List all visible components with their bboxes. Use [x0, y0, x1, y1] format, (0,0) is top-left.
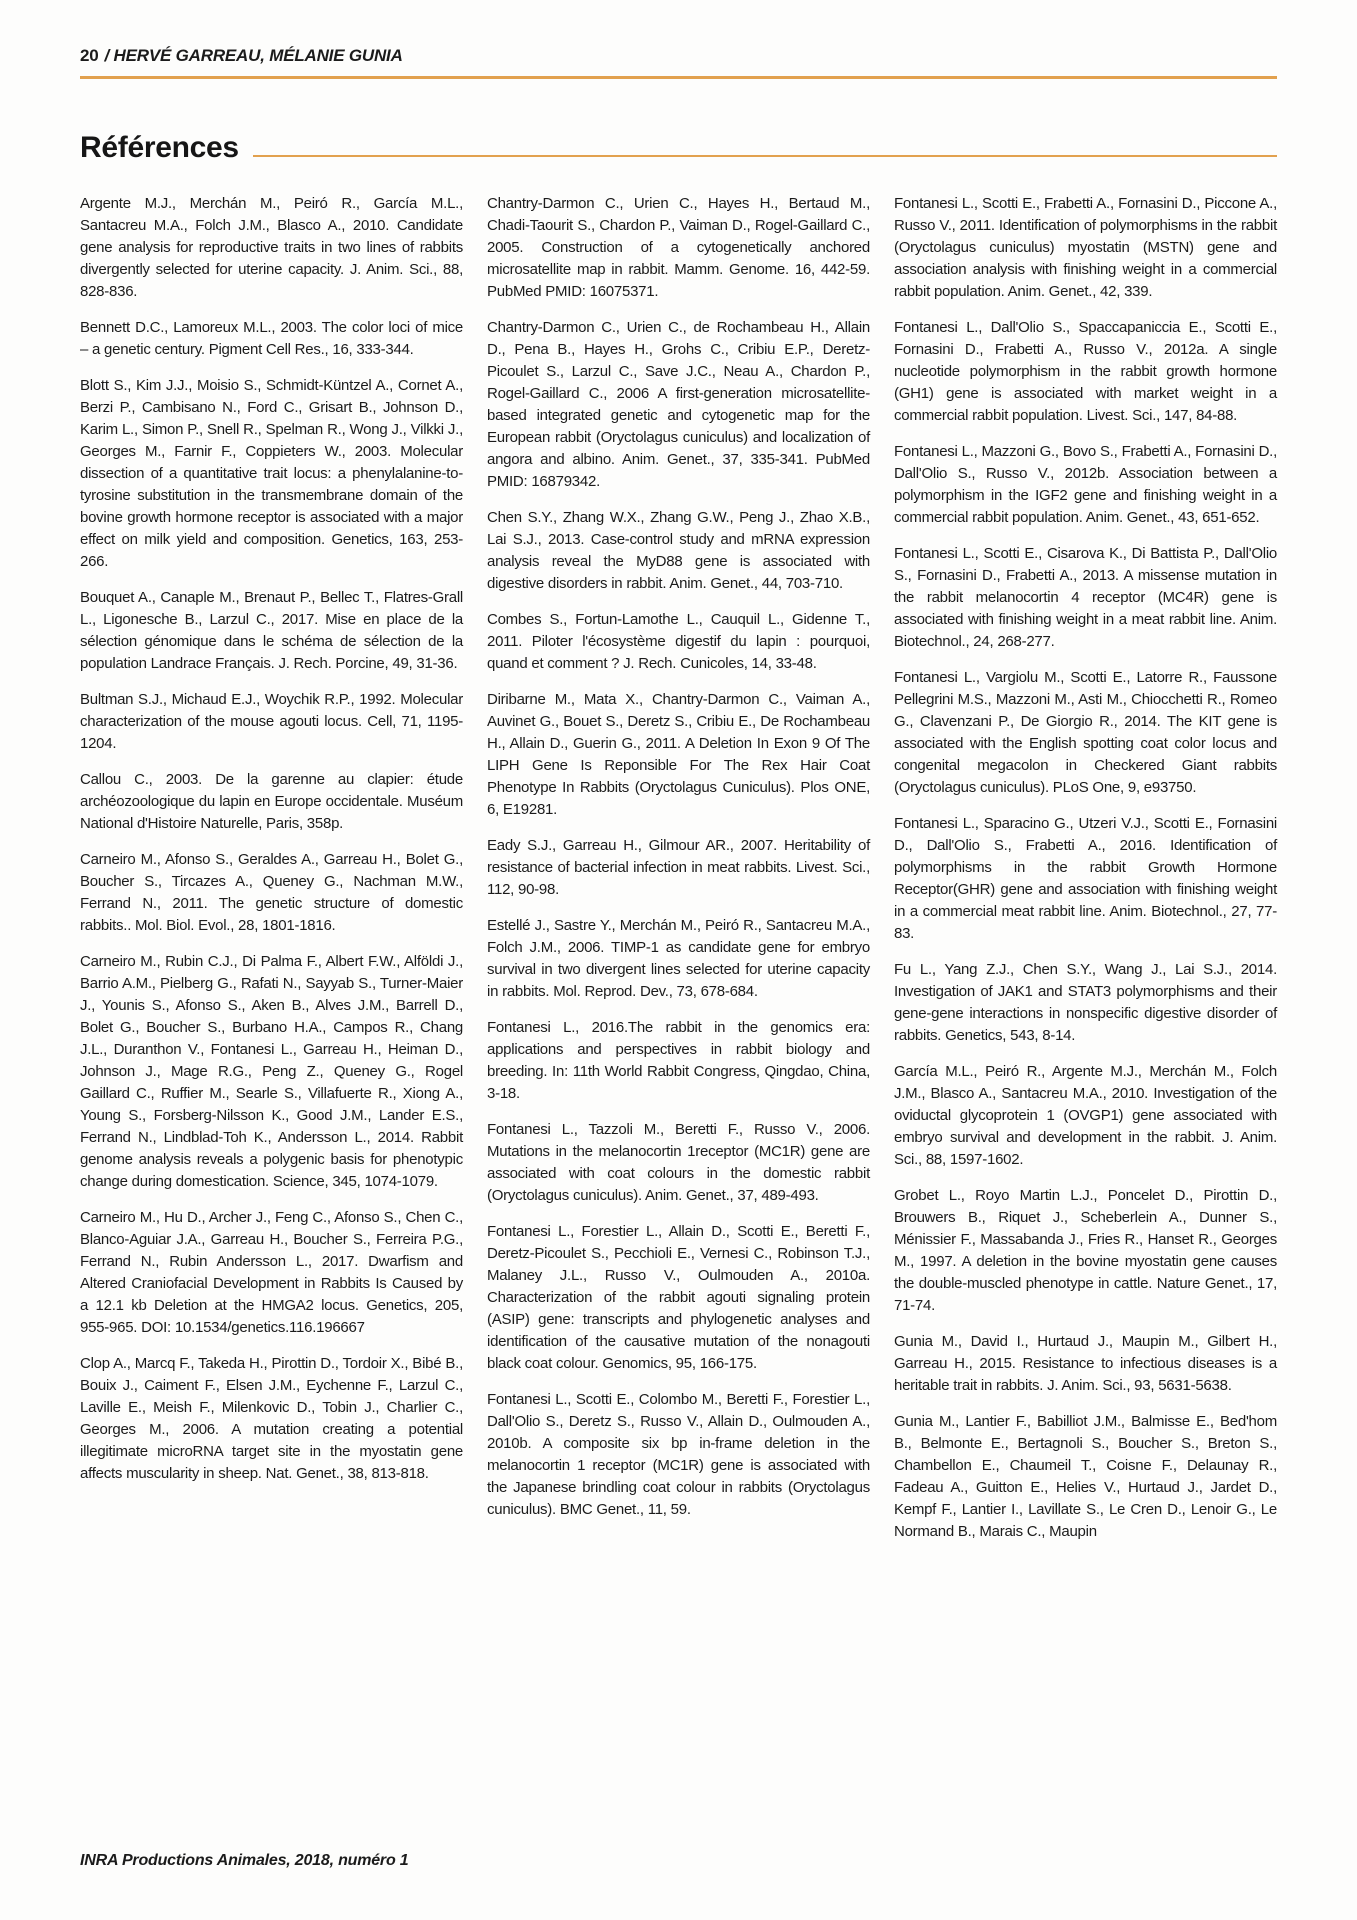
reference-entry: Combes S., Fortun-Lamothe L., Cauquil L.… [487, 609, 870, 675]
document-page: 20 / HERVÉ GARREAU, MÉLANIE GUNIA Référe… [0, 0, 1357, 1920]
reference-entry: Gunia M., Lantier F., Babilliot J.M., Ba… [894, 1411, 1277, 1543]
reference-entry: Fontanesi L., Dall'Olio S., Spaccapanicc… [894, 317, 1277, 427]
reference-entry: Carneiro M., Hu D., Archer J., Feng C., … [80, 1207, 463, 1339]
reference-entry: Chantry-Darmon C., Urien C., Hayes H., B… [487, 193, 870, 303]
reference-entry: Carneiro M., Rubin C.J., Di Palma F., Al… [80, 951, 463, 1193]
reference-entry: Fontanesi L., 2016.The rabbit in the gen… [487, 1017, 870, 1105]
reference-entry: Clop A., Marcq F., Takeda H., Pirottin D… [80, 1353, 463, 1485]
reference-entry: García M.L., Peiró R., Argente M.J., Mer… [894, 1061, 1277, 1171]
running-header: 20 / HERVÉ GARREAU, MÉLANIE GUNIA [80, 46, 1277, 66]
reference-entry: Bultman S.J., Michaud E.J., Woychik R.P.… [80, 689, 463, 755]
reference-entry: Fontanesi L., Scotti E., Cisarova K., Di… [894, 543, 1277, 653]
reference-entry: Fu L., Yang Z.J., Chen S.Y., Wang J., La… [894, 959, 1277, 1047]
reference-entry: Fontanesi L., Sparacino G., Utzeri V.J.,… [894, 813, 1277, 945]
reference-entry: Fontanesi L., Scotti E., Colombo M., Ber… [487, 1389, 870, 1521]
references-column-3: Fontanesi L., Scotti E., Frabetti A., Fo… [894, 193, 1277, 1557]
page-number: 20 [80, 46, 99, 66]
reference-entry: Fontanesi L., Mazzoni G., Bovo S., Frabe… [894, 441, 1277, 529]
section-title-row: Références [80, 131, 1277, 165]
reference-entry: Bennett D.C., Lamoreux M.L., 2003. The c… [80, 317, 463, 361]
reference-entry: Gunia M., David I., Hurtaud J., Maupin M… [894, 1331, 1277, 1397]
journal-footer: INRA Productions Animales, 2018, numéro … [80, 1852, 408, 1870]
reference-entry: Bouquet A., Canaple M., Brenaut P., Bell… [80, 587, 463, 675]
references-column-1: Argente M.J., Merchán M., Peiró R., Garc… [80, 193, 463, 1557]
reference-entry: Chantry-Darmon C., Urien C., de Rochambe… [487, 317, 870, 493]
references-columns: Argente M.J., Merchán M., Peiró R., Garc… [80, 193, 1277, 1557]
title-rule [253, 155, 1277, 157]
section-title: Références [80, 131, 239, 165]
reference-entry: Blott S., Kim J.J., Moisio S., Schmidt-K… [80, 375, 463, 573]
reference-entry: Fontanesi L., Forestier L., Allain D., S… [487, 1221, 870, 1375]
header-rule [80, 76, 1277, 79]
reference-entry: Argente M.J., Merchán M., Peiró R., Garc… [80, 193, 463, 303]
reference-entry: Eady S.J., Garreau H., Gilmour AR., 2007… [487, 835, 870, 901]
reference-entry: Diribarne M., Mata X., Chantry-Darmon C.… [487, 689, 870, 821]
reference-entry: Carneiro M., Afonso S., Geraldes A., Gar… [80, 849, 463, 937]
reference-entry: Callou C., 2003. De la garenne au clapie… [80, 769, 463, 835]
header-authors: / HERVÉ GARREAU, MÉLANIE GUNIA [105, 46, 403, 66]
reference-entry: Fontanesi L., Vargiolu M., Scotti E., La… [894, 667, 1277, 799]
references-column-2: Chantry-Darmon C., Urien C., Hayes H., B… [487, 193, 870, 1557]
reference-entry: Estellé J., Sastre Y., Merchán M., Peiró… [487, 915, 870, 1003]
reference-entry: Chen S.Y., Zhang W.X., Zhang G.W., Peng … [487, 507, 870, 595]
reference-entry: Fontanesi L., Tazzoli M., Beretti F., Ru… [487, 1119, 870, 1207]
reference-entry: Grobet L., Royo Martin L.J., Poncelet D.… [894, 1185, 1277, 1317]
reference-entry: Fontanesi L., Scotti E., Frabetti A., Fo… [894, 193, 1277, 303]
